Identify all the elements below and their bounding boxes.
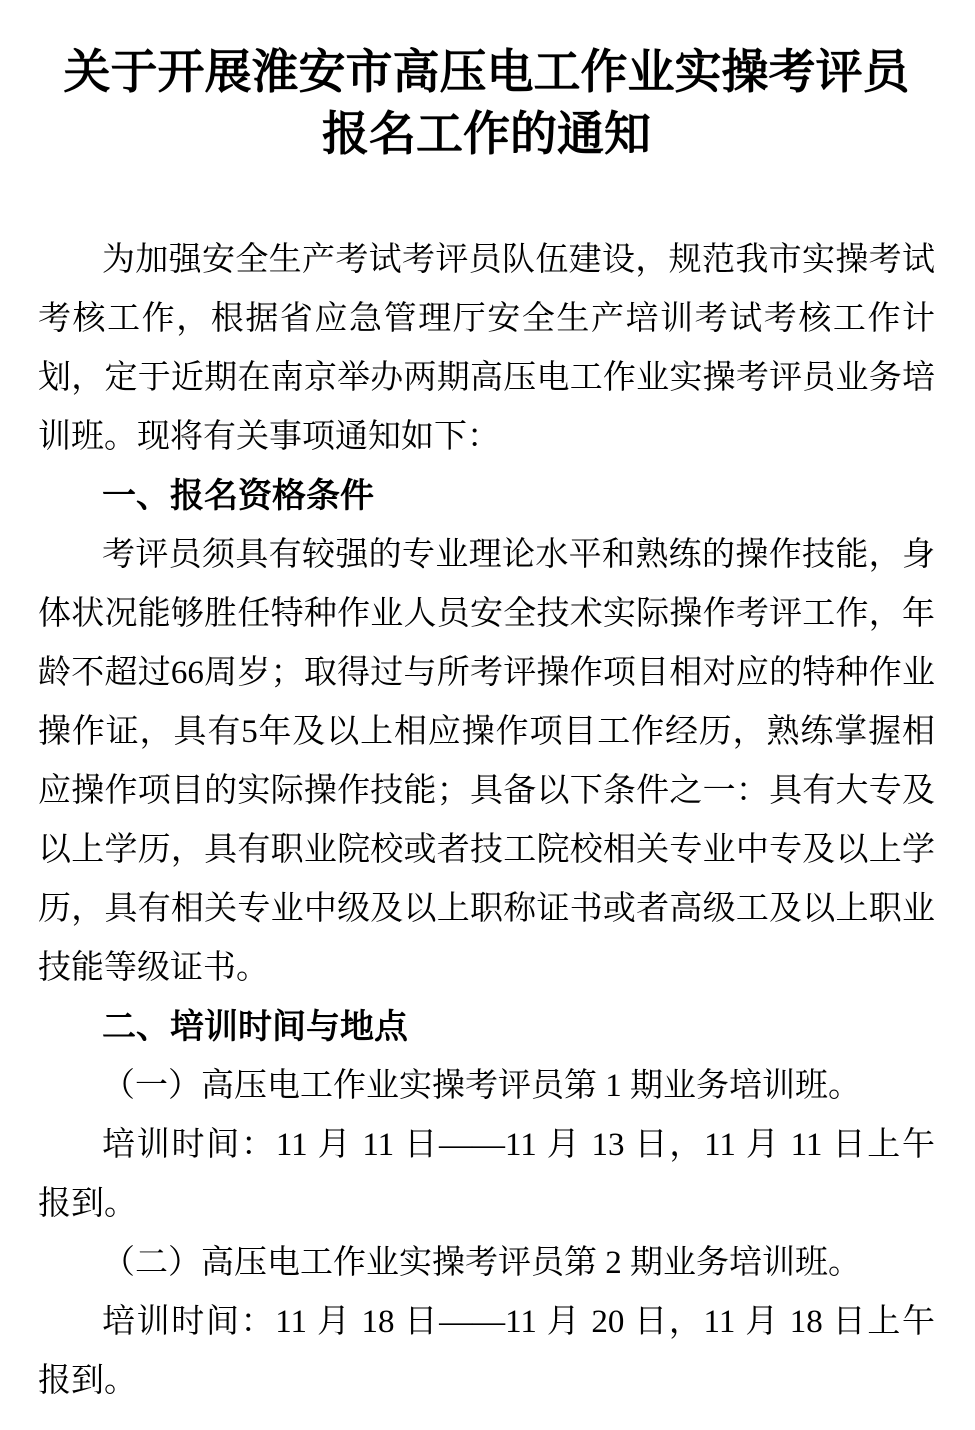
text-line: 以上学历，具有职业院校或者技工院校相关专业中专及以上学 xyxy=(38,821,935,880)
paragraph: （一）高压电工作业实操考评员第 1 期业务培训班。 xyxy=(38,1057,935,1116)
text-line: 报到。 xyxy=(38,1352,935,1411)
paragraph: （二）高压电工作业实操考评员第 2 期业务培训班。 xyxy=(38,1234,935,1293)
section-heading: 一、报名资格条件 xyxy=(38,467,935,526)
text-line: （一）高压电工作业实操考评员第 1 期业务培训班。 xyxy=(38,1057,935,1116)
paragraph: 培训时间：11 月 18 日——11 月 20 日，11 月 18 日上午报到。 xyxy=(38,1293,935,1411)
text-line: 报到。 xyxy=(38,1175,935,1234)
paragraph: 为加强安全生产考试考评员队伍建设，规范我市实操考试考核工作，根据省应急管理厅安全… xyxy=(38,231,935,467)
text-line: 体状况能够胜任特种作业人员安全技术实际操作考评工作，年 xyxy=(38,585,935,644)
text-line: 培训时间：11 月 18 日——11 月 20 日，11 月 18 日上午 xyxy=(38,1293,935,1352)
document-page: 关于开展淮安市高压电工作业实操考评员 报名工作的通知 为加强安全生产考试考评员队… xyxy=(0,0,975,1430)
text-line: 考核工作，根据省应急管理厅安全生产培训考试考核工作计 xyxy=(38,290,935,349)
paragraph: 考评员须具有较强的专业理论水平和熟练的操作技能，身体状况能够胜任特种作业人员安全… xyxy=(38,526,935,998)
document-title-line: 报名工作的通知 xyxy=(38,104,935,166)
text-line: 一、报名资格条件 xyxy=(38,467,935,526)
text-line: 应操作项目的实际操作技能；具备以下条件之一：具有大专及 xyxy=(38,762,935,821)
text-line: 二、培训时间与地点 xyxy=(38,998,935,1057)
text-line: 考评员须具有较强的专业理论水平和熟练的操作技能，身 xyxy=(38,526,935,585)
document-title-line: 关于开展淮安市高压电工作业实操考评员 xyxy=(38,42,935,104)
section-heading: 二、培训时间与地点 xyxy=(38,998,935,1057)
text-line: 技能等级证书。 xyxy=(38,939,935,998)
text-line: 训班。现将有关事项通知如下： xyxy=(38,408,935,467)
text-line: 培训时间：11 月 11 日——11 月 13 日，11 月 11 日上午 xyxy=(38,1116,935,1175)
text-line: （二）高压电工作业实操考评员第 2 期业务培训班。 xyxy=(38,1234,935,1293)
document-title: 关于开展淮安市高压电工作业实操考评员 报名工作的通知 xyxy=(38,42,935,166)
text-line: 为加强安全生产考试考评员队伍建设，规范我市实操考试 xyxy=(38,231,935,290)
text-line: 划，定于近期在南京举办两期高压电工作业实操考评员业务培 xyxy=(38,349,935,408)
paragraph: 培训时间：11 月 11 日——11 月 13 日，11 月 11 日上午报到。 xyxy=(38,1116,935,1234)
document-body: 为加强安全生产考试考评员队伍建设，规范我市实操考试考核工作，根据省应急管理厅安全… xyxy=(38,231,935,1411)
text-line: 历，具有相关专业中级及以上职称证书或者高级工及以上职业 xyxy=(38,880,935,939)
text-line: 龄不超过66周岁；取得过与所考评操作项目相对应的特种作业 xyxy=(38,644,935,703)
text-line: 操作证，具有5年及以上相应操作项目工作经历，熟练掌握相 xyxy=(38,703,935,762)
